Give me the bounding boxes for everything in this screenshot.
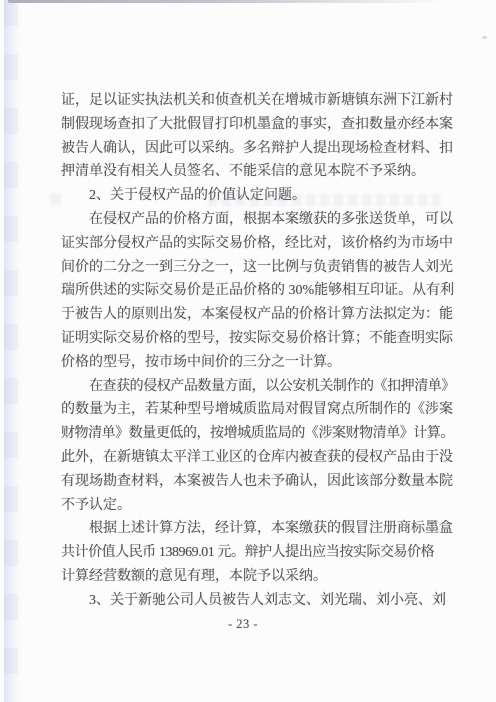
text-line-18: 不予认定。 [61,494,455,518]
text-line-15: 财物清单》数量更低的，按增城质监局的《涉案财物清单》计算。 [61,422,455,446]
text-line-5: 2、关于侵权产品的价值认定问题。 [61,184,455,208]
text-line-11: 证明实际交易价格的型号，按实际交易价格计算；不能查明实际 [61,327,455,351]
text-line-4: 押清单没有相关人员签名、不能采信的意见本院不予采纳。 [61,160,455,184]
body-text: 证，足以证实执法机关和侦查机关在增城市新塘镇东洲下江新村制假现场查扣了大批假冒打… [61,89,455,613]
scan-shadow-left-texture [4,0,18,702]
text-line-12: 价格的型号，按市场中间价的三分之一计算。 [61,351,455,375]
page-number: - 23 - [0,617,486,632]
text-line-22: 3、关于新驰公司人员被告人刘志文、刘光瑞、刘小亮、刘 [61,589,455,613]
text-line-10: 于被告人的原则出发，本案侵权产品的价格计算方法拟定为：能 [61,303,455,327]
text-line-3: 被告人确认，因此可以采纳。多名辩护人提出现场检查材料、扣 [61,137,455,161]
text-line-8: 间价的二分之一到三分之一，这一比例与负责销售的被告人刘光 [61,256,455,280]
text-line-9: 瑞所供述的实际交易价是正品价格的 30%能够相互印证。从有利 [61,279,455,303]
text-line-2: 制假现场查扣了大批假冒打印机墨盒的事实，查扣数量亦经本案 [61,113,455,137]
text-line-20: 共计价值人民币 138969.01 元。辩护人提出应当按实际交易价格 [61,541,455,565]
text-line-17: 有现场勘查材料，本案被告人也未予确认，因此该部分数量本院 [61,470,455,494]
text-line-7: 证实部分侵权产品的实际交易价格，经比对，该价格约为市场中 [61,232,455,256]
text-line-1: 证，足以证实执法机关和侦查机关在增城市新塘镇东洲下江新村 [61,89,455,113]
text-line-13: 在查获的侵权产品数量方面，以公安机关制作的《扣押清单》 [61,375,455,399]
text-line-19: 根据上述计算方法，经计算，本案缴获的假冒注册商标墨盒 [61,517,455,541]
text-line-16: 此外，在新塘镇太平洋工业区的仓库内被查获的侵权产品由于没 [61,446,455,470]
text-line-6: 在侵权产品的价格方面，根据本案缴获的多张送货单，可以 [61,208,455,232]
document-page: 证，足以证实执法机关和侦查机关在增城市新塘镇东洲下江新村制假现场查扣了大批假冒打… [0,0,496,702]
text-line-21: 计算经营数额的意见有理，本院予以采纳。 [61,565,455,589]
scan-edge-top [8,0,450,3]
text-line-14: 的数量为主，若某种型号增城质监局对假冒窝点所制作的《涉案 [61,398,455,422]
scan-speck [482,36,487,39]
bleed-through-artifact-left [50,193,61,205]
